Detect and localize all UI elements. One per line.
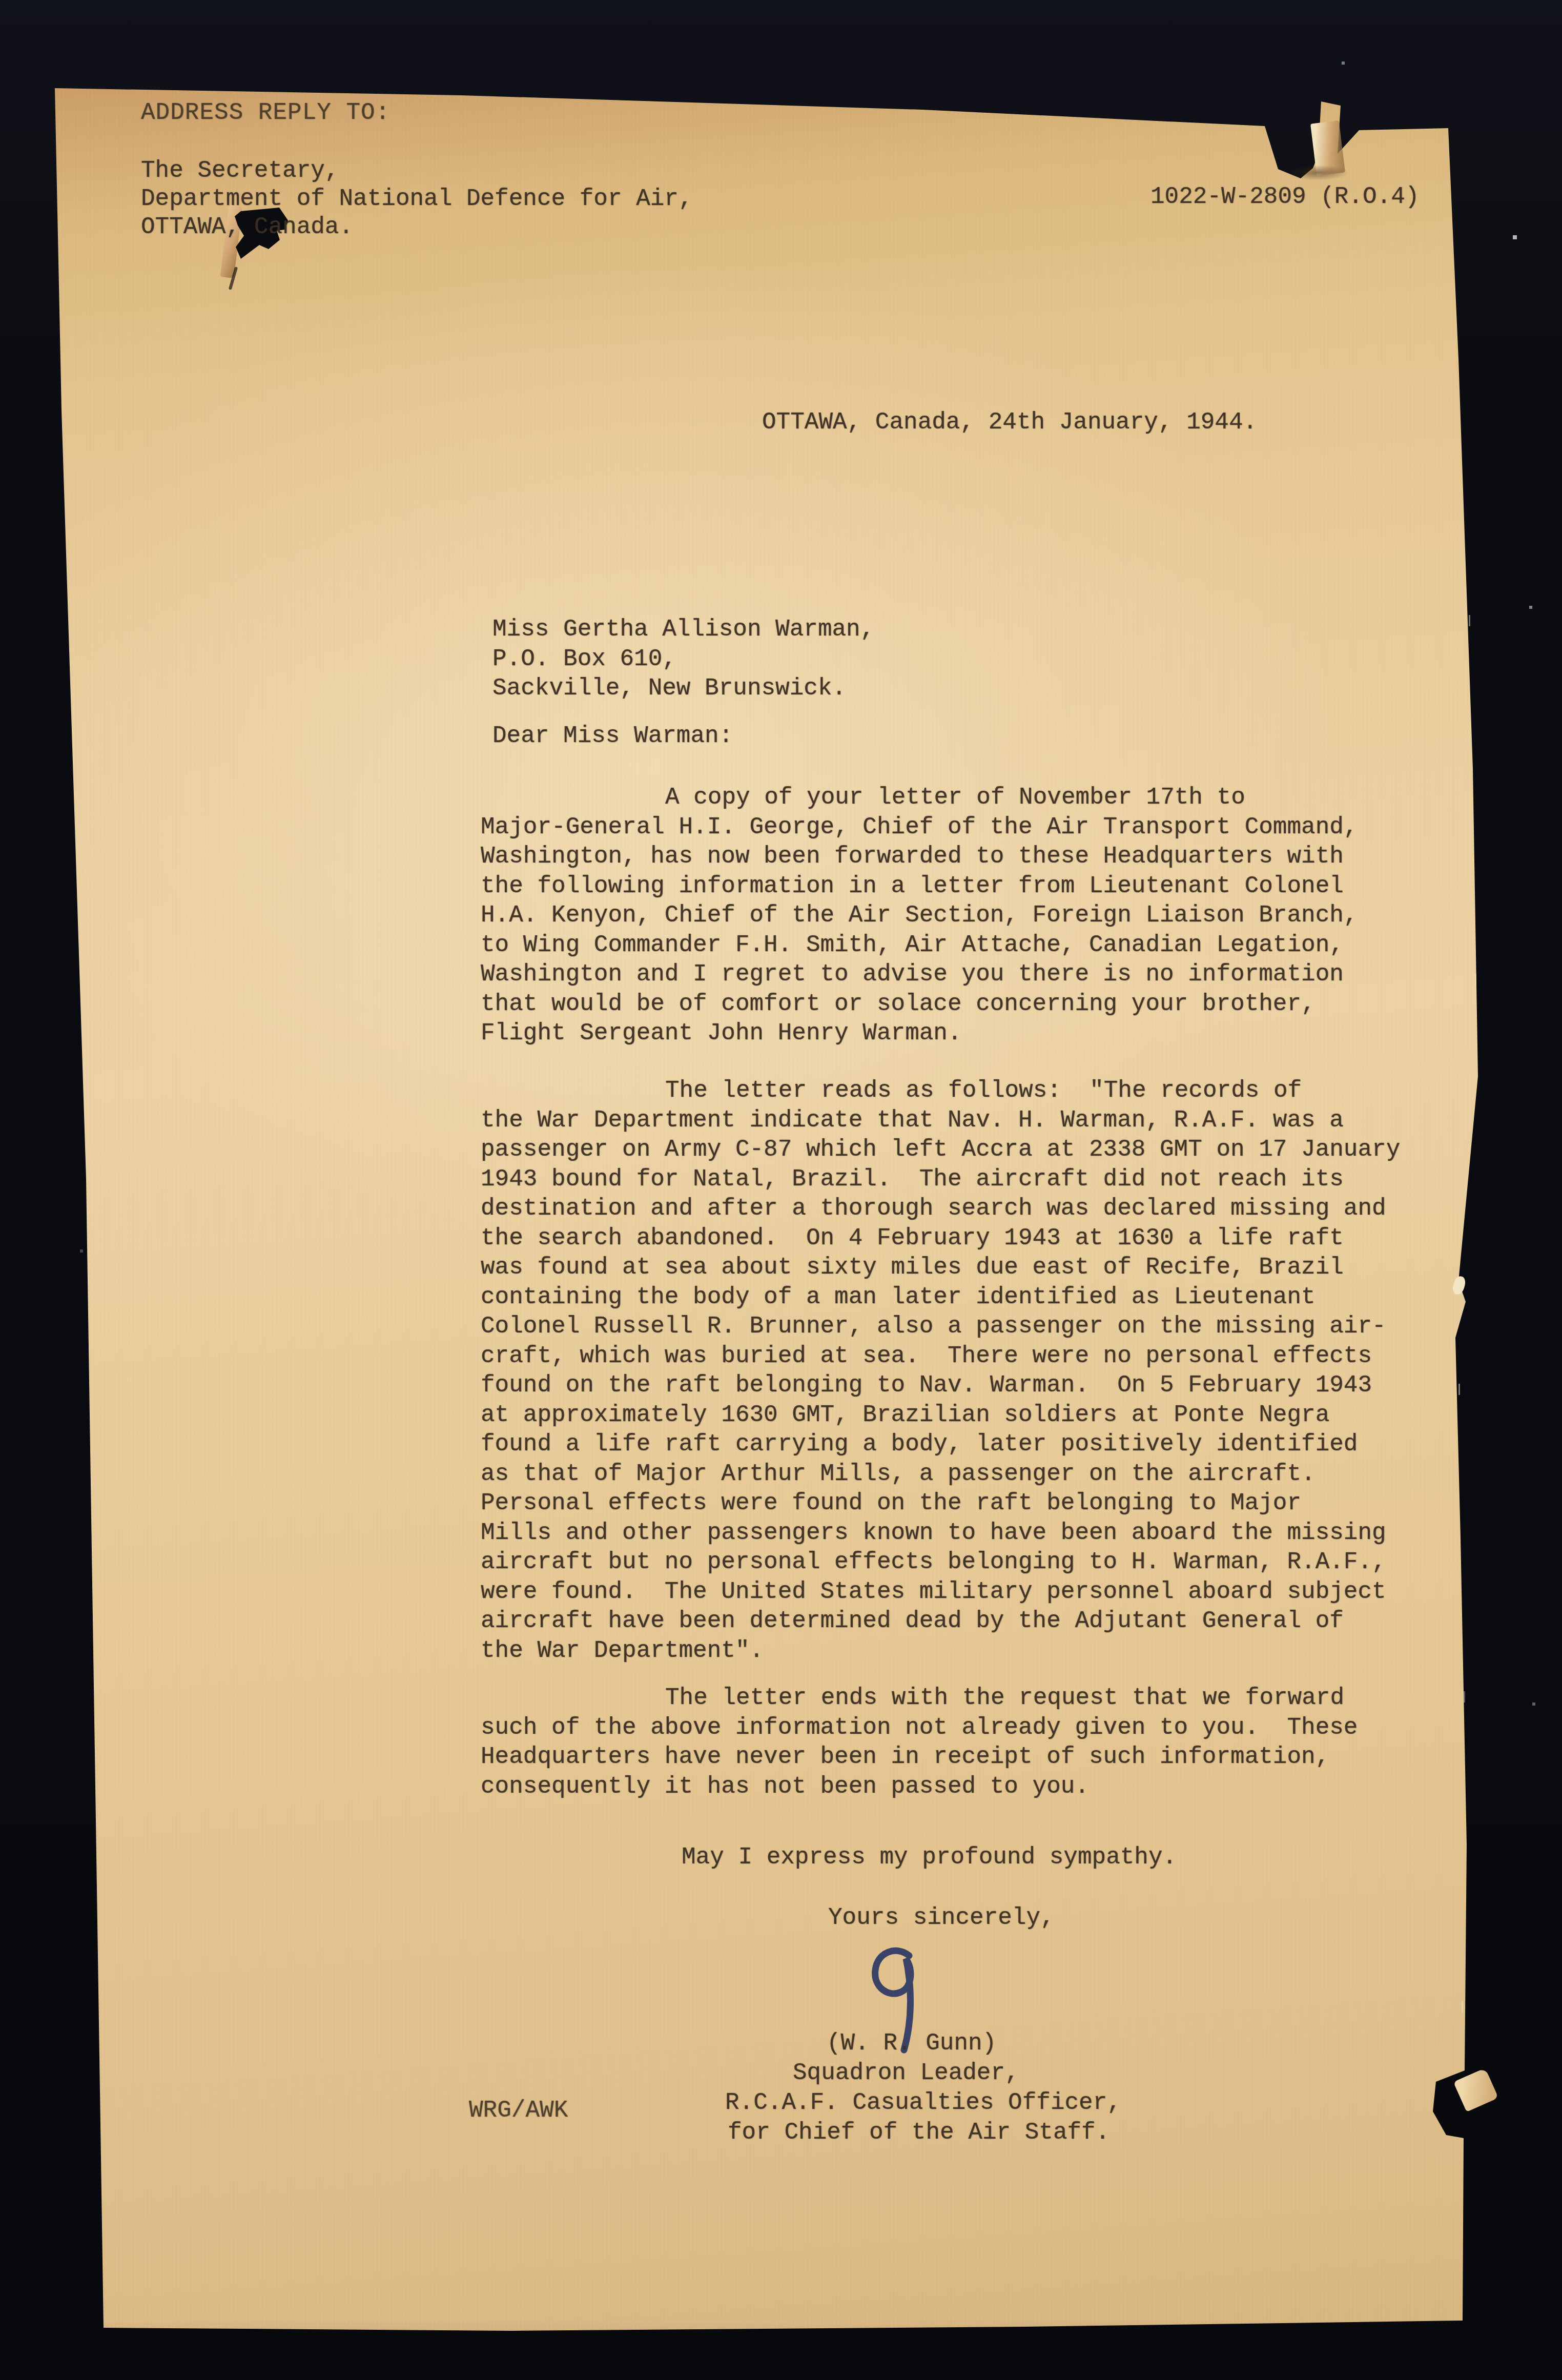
recipient-address: Miss Gertha Allison Warman, P.O. Box 610… [492,615,874,704]
scanned-letter-photo: ADDRESS REPLY TO: The Secretary, Departm… [0,0,1562,2380]
file-reference-number: 1022-W-2809 (R.O.4) [1150,182,1420,212]
body-paragraph-2: The letter reads as follows: "The record… [481,1076,1400,1666]
signature-rank: Squadron Leader, [793,2059,1019,2088]
closing: Yours sincerely, [828,1903,1055,1933]
top-tear-shadow [1287,165,1349,180]
address-reply-label: ADDRESS REPLY TO: [141,98,390,128]
body-paragraph-3: The letter ends with the request that we… [481,1684,1358,1801]
signature-title: R.C.A.F. Casualties Officer, [725,2088,1121,2118]
salutation: Dear Miss Warman: [492,722,733,751]
letterhead-address: The Secretary, Department of National De… [141,157,693,241]
dateline: OTTAWA, Canada, 24th January, 1944. [762,408,1257,438]
signature-for: for Chief of the Air Staff. [728,2118,1109,2148]
typist-initials: WRG/AWK [469,2096,568,2126]
body-paragraph-1: A copy of your letter of November 17th t… [481,783,1358,1049]
bottom-right-torn-flap [1453,2068,1498,2112]
sympathy-line: May I express my profound sympathy. [682,1843,1177,1873]
torn-edge-fibers [0,0,2,11]
signature-name: (W. R. Gunn) [827,2029,996,2059]
